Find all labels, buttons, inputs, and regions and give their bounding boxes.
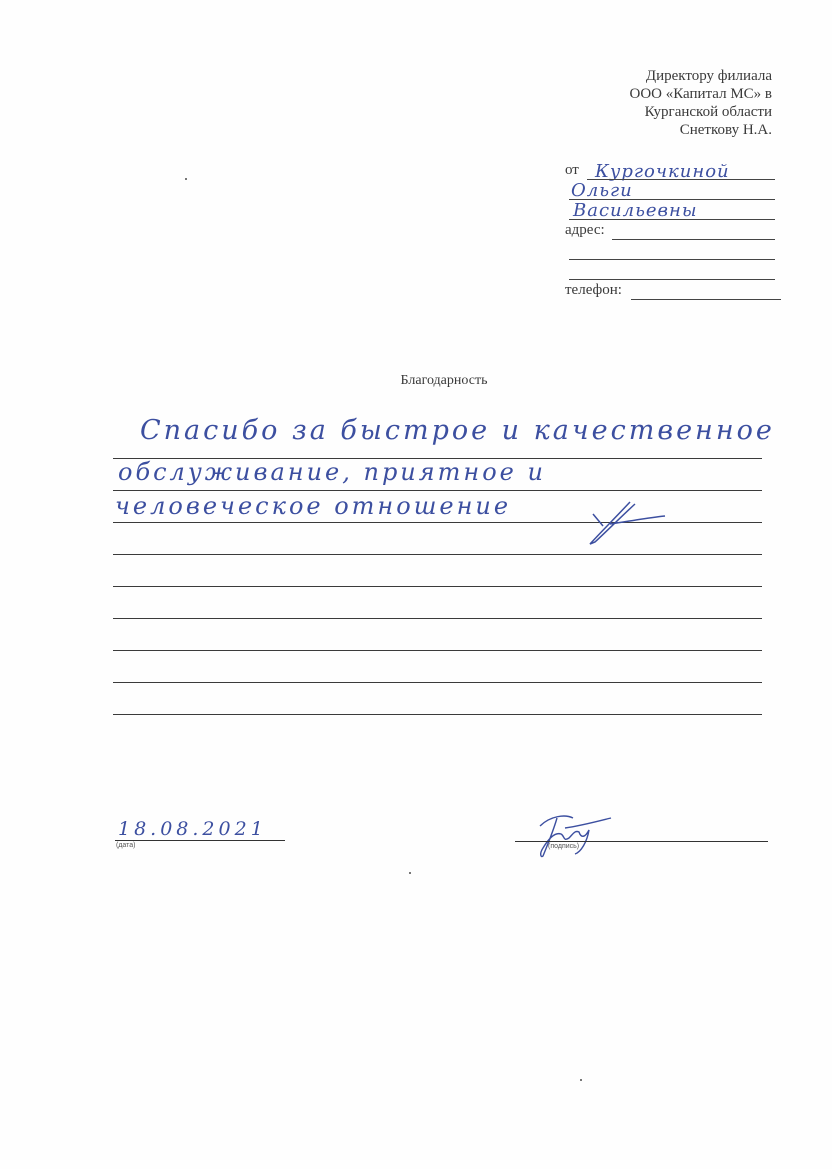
- address-row: адрес:: [565, 220, 775, 240]
- sender-name-handwritten: Ольги: [571, 180, 633, 201]
- address-row-2: [565, 240, 775, 260]
- addressee-block: Директору филиала ООО «Капитал МС» в Кур…: [629, 67, 772, 139]
- sender-name-row-3: Васильевны: [565, 200, 775, 220]
- body-line-handwritten: обслуживание, приятное и: [118, 458, 546, 486]
- date-line: [115, 840, 285, 841]
- speck: [580, 1079, 582, 1081]
- document-title: Благодарность: [0, 373, 832, 389]
- writing-line: [113, 618, 762, 619]
- addressee-line: ООО «Капитал МС» в: [629, 85, 772, 103]
- writing-line: [113, 554, 762, 555]
- writing-line: [113, 490, 762, 491]
- sender-name-row-2: Ольги: [565, 180, 775, 200]
- sender-name-row-1: от Кургочкиной: [565, 160, 775, 180]
- body-line-handwritten: человеческое отношение: [115, 492, 511, 520]
- writing-line: [113, 586, 762, 587]
- speck: [409, 872, 411, 874]
- addressee-line: Курганской области: [629, 103, 772, 121]
- fill-line: [631, 299, 781, 300]
- address-row-3: [565, 260, 775, 280]
- addressee-line: Директору филиала: [629, 67, 772, 85]
- date-handwritten: 18.08.2021: [118, 818, 267, 840]
- initials-mark: [585, 498, 675, 548]
- phone-row: телефон:: [565, 280, 775, 300]
- body-line-handwritten: Спасибо за быстрое и качественное: [140, 415, 775, 446]
- sender-name-handwritten: Васильевны: [573, 200, 698, 221]
- writing-line: [113, 714, 762, 715]
- address-label: адрес:: [565, 222, 605, 239]
- signature-line: [515, 841, 768, 842]
- signature-caption: (подпись): [548, 843, 579, 850]
- date-caption: (дата): [116, 842, 136, 849]
- phone-label: телефон:: [565, 282, 622, 299]
- speck: [185, 178, 187, 180]
- from-label: от: [565, 162, 579, 179]
- document-page: Директору филиала ООО «Капитал МС» в Кур…: [0, 0, 832, 1169]
- writing-line: [113, 682, 762, 683]
- writing-line: [113, 650, 762, 651]
- signature: [535, 808, 615, 860]
- addressee-line: Снеткову Н.А.: [629, 121, 772, 139]
